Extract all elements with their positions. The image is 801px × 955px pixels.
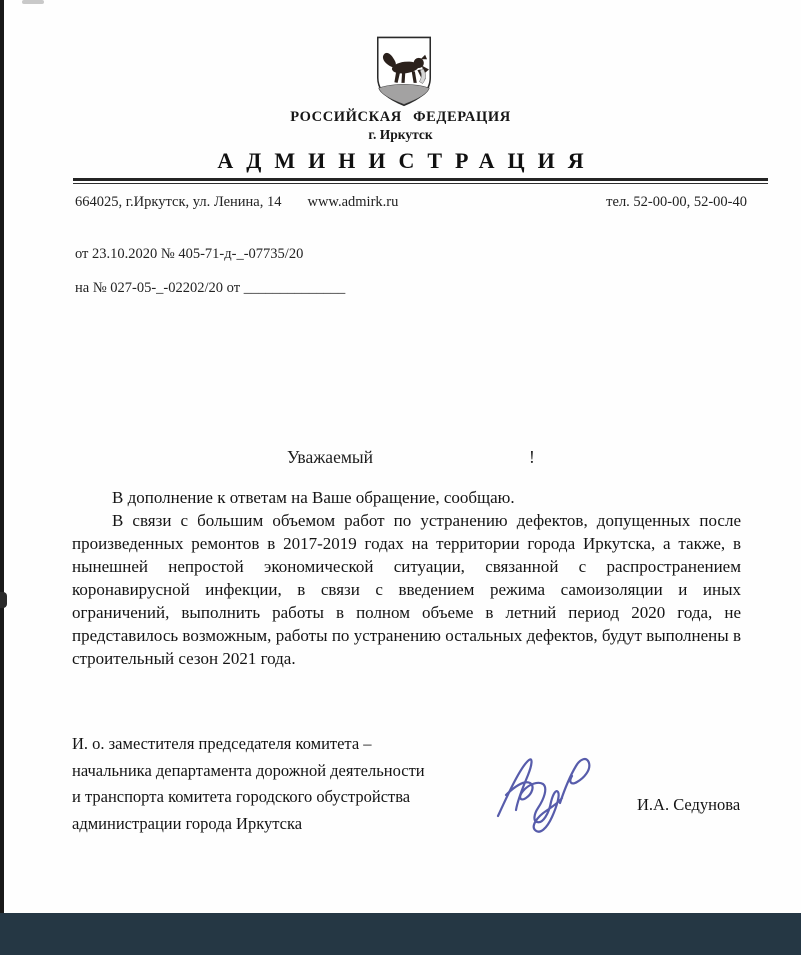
header-organization: АДМИНИСТРАЦИЯ [0, 148, 801, 174]
phone-text: тел. 52-00-00, 52-00-40 [606, 194, 747, 211]
incoming-reference: на № 027-05-_-02202/20 от ______________ [75, 280, 345, 297]
letter-body: В дополнение к ответам на Ваше обращение… [72, 486, 741, 670]
signatory-title-line: И. о. заместителя председателя комитета … [72, 731, 425, 758]
salutation-exclamation: ! [529, 447, 535, 468]
signatory-title-line: и транспорта комитета городского обустро… [72, 784, 425, 811]
scan-left-edge [0, 0, 4, 955]
contact-info-row: 664025, г.Иркутск, ул. Ленина, 14 www.ad… [75, 194, 747, 211]
scan-smudge-top [22, 0, 44, 4]
signatory-title-line: начальника департамента дорожной деятель… [72, 758, 425, 785]
outgoing-reference: от 23.10.2020 № 405-71-д-_-07735/20 [75, 246, 303, 263]
double-rule [73, 178, 768, 184]
website-text: www.admirk.ru [307, 194, 398, 211]
header-city: г. Иркутск [0, 127, 801, 143]
body-paragraph-1: В дополнение к ответам на Ваше обращение… [72, 486, 741, 509]
header-country: РОССИЙСКАЯ ФЕДЕРАЦИЯ [0, 109, 801, 126]
signatory-title-line: администрации города Иркутска [72, 811, 425, 838]
coat-of-arms-icon [372, 34, 436, 110]
scan-smudge-left [0, 592, 7, 608]
scanned-letter-page: РОССИЙСКАЯ ФЕДЕРАЦИЯ г. Иркутск АДМИНИСТ… [0, 0, 801, 955]
handwritten-signature-icon [490, 750, 630, 835]
address-text: 664025, г.Иркутск, ул. Ленина, 14 [75, 194, 281, 211]
signatory-name: И.А. Седунова [637, 795, 740, 815]
body-paragraph-2: В связи с большим объемом работ по устра… [72, 509, 741, 670]
scan-bottom-band [0, 913, 801, 955]
signatory-title-block: И. о. заместителя председателя комитета … [72, 731, 425, 837]
salutation-prefix: Уважаемый [287, 447, 373, 468]
